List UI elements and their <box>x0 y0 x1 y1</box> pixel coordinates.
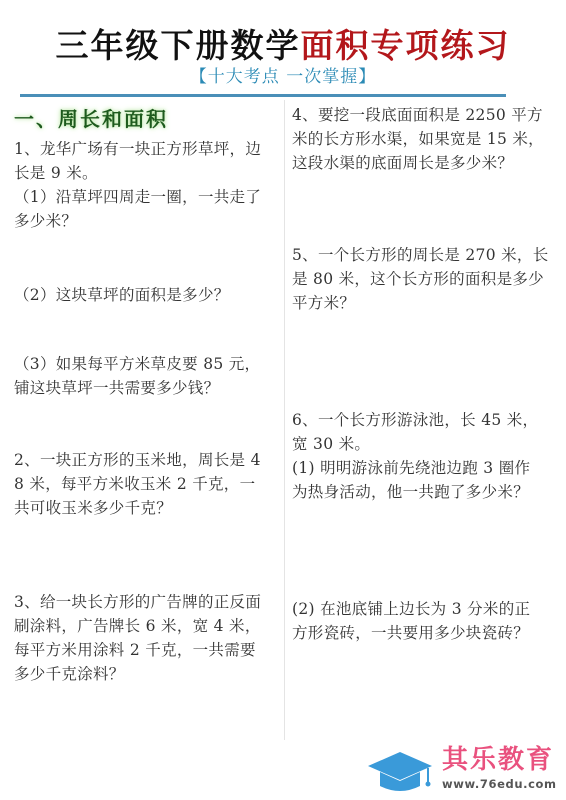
question-3-line: 每平方米用涂料 2 千克，一共需要 <box>14 638 261 662</box>
page-subtitle: 【十大考点 一次掌握】 <box>0 65 566 89</box>
question-3-line: 刷涂料，广告牌长 6 米，宽 4 米， <box>14 614 261 638</box>
question-5: 5、一个长方形的周长是 270 米，长 是 80 米，这个长方形的面积是多少 平… <box>292 243 549 315</box>
title-main: 三年级下册数学 <box>56 26 301 65</box>
question-6-sub-2-line: 方形瓷砖，一共要用多少块瓷砖？ <box>292 621 530 645</box>
question-2-line: 8 米，每平方米收玉米 2 千克，一 <box>14 472 261 496</box>
question-2: 2、一块正方形的玉米地，周长是 4 8 米，每平方米收玉米 2 千克，一 共可收… <box>14 448 261 520</box>
question-4-line: 米的长方形水渠，如果宽是 15 米， <box>292 127 544 151</box>
question-1-sub-3: （3）如果每平方米草皮要 85 元， 铺这块草坪一共需要多少钱？ <box>14 352 260 400</box>
title-highlight: 面积专项练习 <box>301 26 511 65</box>
question-4-line: 4、要挖一段底面面积是 2250 平方 <box>292 103 544 127</box>
header-divider <box>20 94 506 97</box>
question-2-line: 2、一块正方形的玉米地，周长是 4 <box>14 448 261 472</box>
graduation-cap-icon <box>366 750 436 798</box>
question-2-line: 共可收玉米多少千克？ <box>14 496 261 520</box>
question-1-sub-3-line: 铺这块草坪一共需要多少钱？ <box>14 376 260 400</box>
column-separator <box>284 100 285 740</box>
question-6-line: 宽 30 米。 <box>292 432 538 456</box>
question-6-line: 6、一个长方形游泳池，长 45 米， <box>292 408 538 432</box>
brand-url: www.76edu.com <box>442 777 557 791</box>
question-4-line: 这段水渠的底面周长是多少米？ <box>292 151 544 175</box>
question-3: 3、给一块长方形的广告牌的正反面 刷涂料，广告牌长 6 米，宽 4 米， 每平方… <box>14 590 261 686</box>
question-6: 6、一个长方形游泳池，长 45 米， 宽 30 米。 (1) 明明游泳前先绕池边… <box>292 408 538 504</box>
page-title: 三年级下册数学面积专项练习 <box>0 26 566 66</box>
question-4: 4、要挖一段底面面积是 2250 平方 米的长方形水渠，如果宽是 15 米， 这… <box>292 103 544 175</box>
question-6-sub-2-line: (2) 在池底铺上边长为 3 分米的正 <box>292 597 530 621</box>
question-6-sub-2: (2) 在池底铺上边长为 3 分米的正 方形瓷砖，一共要用多少块瓷砖？ <box>292 597 530 645</box>
question-6-sub-1: 为热身活动，他一共跑了多少米？ <box>292 480 538 504</box>
question-1-sub-1: 多少米？ <box>14 209 261 233</box>
question-1-sub-3-line: （3）如果每平方米草皮要 85 元， <box>14 352 260 376</box>
question-5-line: 是 80 米，这个长方形的面积是多少 <box>292 267 549 291</box>
question-1: 1、龙华广场有一块正方形草坪，边 长是 9 米。 （1）沿草坪四周走一圈，一共走… <box>14 137 261 233</box>
question-5-line: 平方米？ <box>292 291 549 315</box>
question-3-line: 3、给一块长方形的广告牌的正反面 <box>14 590 261 614</box>
section-heading: 一、周长和面积 <box>14 103 168 132</box>
question-6-sub-1: (1) 明明游泳前先绕池边跑 3 圈作 <box>292 456 538 480</box>
question-1-sub-2-line: （2）这块草坪的面积是多少？ <box>14 283 230 307</box>
brand-logo: 其乐教育 www.76edu.com <box>364 744 564 794</box>
question-1-sub-1: （1）沿草坪四周走一圈，一共走了 <box>14 185 261 209</box>
question-1-sub-2: （2）这块草坪的面积是多少？ <box>14 283 230 307</box>
question-5-line: 5、一个长方形的周长是 270 米，长 <box>292 243 549 267</box>
question-1-line: 1、龙华广场有一块正方形草坪，边 <box>14 137 261 161</box>
question-3-line: 多少千克涂料？ <box>14 662 261 686</box>
question-1-line: 长是 9 米。 <box>14 161 261 185</box>
brand-name: 其乐教育 <box>442 744 554 776</box>
